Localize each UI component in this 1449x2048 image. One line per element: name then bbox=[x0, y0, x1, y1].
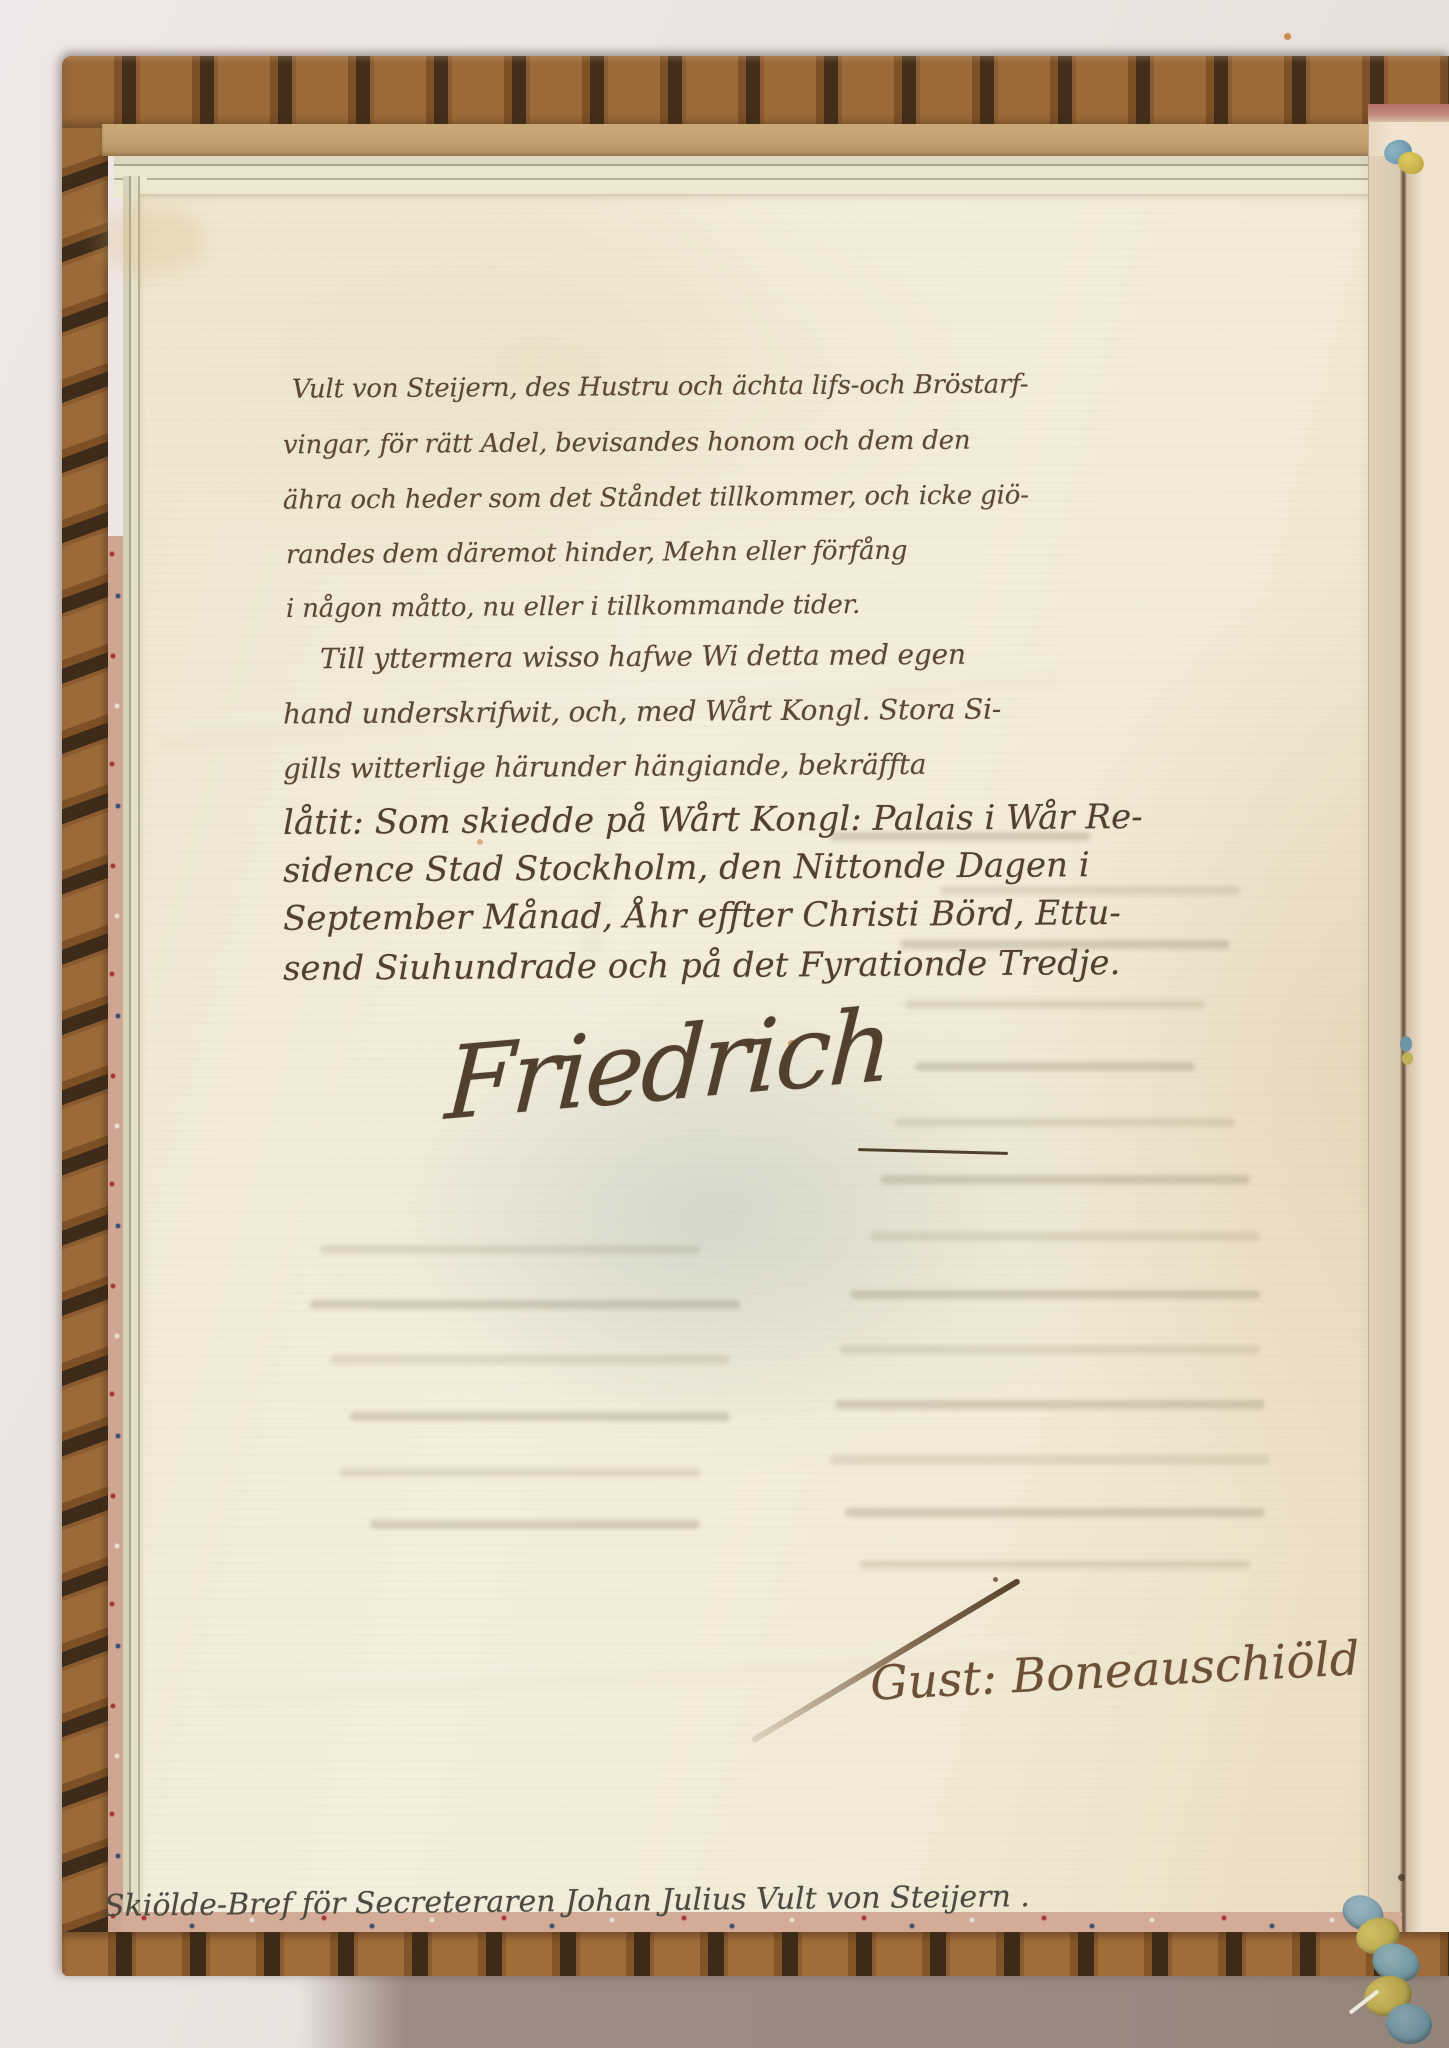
manuscript-line: i någon måtto, nu eller i tillkommande t… bbox=[286, 590, 860, 625]
marbled-edge-left bbox=[108, 536, 123, 1956]
manuscript-line: randes dem däremot hinder, Mehn eller fö… bbox=[286, 536, 907, 572]
foxing-stain bbox=[96, 205, 206, 275]
facing-page-marbled-top bbox=[1368, 104, 1449, 122]
bleedthrough-line bbox=[840, 1345, 1260, 1354]
manuscript-line: Vult von Steijern, des Hustru och ächta … bbox=[292, 369, 1028, 405]
manuscript-line: send Siuhundrade och på det Fyrationde T… bbox=[283, 943, 1121, 990]
manuscript-line: låtit: Som skiedde på Wårt Kongl: Palais… bbox=[283, 797, 1143, 844]
worn-leather-band bbox=[102, 124, 1402, 156]
dark-speck bbox=[1398, 1874, 1405, 1881]
binding-gutter bbox=[1358, 156, 1430, 1932]
bleedthrough-line bbox=[905, 1000, 1205, 1009]
bleedthrough-line bbox=[860, 1560, 1250, 1569]
tassel-cord bbox=[1336, 1896, 1446, 2048]
scanned-manuscript-photo: Vult von Steijern, des Hustru och ächta … bbox=[0, 0, 1449, 2048]
bleedthrough-line bbox=[370, 1520, 700, 1529]
bleedthrough-line bbox=[340, 1468, 700, 1477]
bleedthrough-line bbox=[330, 1355, 730, 1364]
page-stack-edges-top bbox=[114, 156, 1406, 198]
bleedthrough-line bbox=[895, 1118, 1235, 1127]
bleedthrough-line bbox=[850, 1290, 1260, 1299]
bleedthrough-line bbox=[870, 1232, 1260, 1241]
manuscript-line: Till yttermera wisso hafwe Wi detta med … bbox=[320, 638, 966, 676]
bleedthrough-line bbox=[830, 1455, 1270, 1464]
bleedthrough-line bbox=[835, 1400, 1265, 1409]
manuscript-line: sidence Stad Stockholm, den Nittonde Dag… bbox=[283, 845, 1090, 891]
ink-dot bbox=[993, 1577, 998, 1582]
bleedthrough-line bbox=[845, 1508, 1265, 1517]
manuscript-line: September Månad, Åhr effter Christi Börd… bbox=[283, 893, 1121, 940]
bleedthrough-line bbox=[350, 1412, 730, 1421]
manuscript-line: gills witterlige härunder hängiande, bek… bbox=[283, 748, 927, 786]
book-cover-edge-bottom bbox=[62, 1932, 1449, 1976]
bleedthrough-line bbox=[320, 1245, 700, 1254]
manuscript-line: ähra och heder som det Ståndet tillkomme… bbox=[283, 480, 1029, 516]
bleedthrough-line bbox=[310, 1300, 740, 1309]
book-cover-edge-left bbox=[62, 56, 108, 1976]
stain-spot bbox=[1284, 33, 1291, 40]
sewing-thread-blue bbox=[1400, 1036, 1412, 1052]
manuscript-line: hand underskrifwit, och, med Wårt Kongl.… bbox=[283, 692, 1001, 731]
bleedthrough-line bbox=[915, 1062, 1195, 1071]
manuscript-line: vingar, för rätt Adel, bevisandes honom … bbox=[283, 426, 971, 462]
bleedthrough-line bbox=[880, 1175, 1250, 1184]
sewing-thread-yellow bbox=[1402, 1052, 1413, 1065]
book-cover-edge-top bbox=[62, 56, 1449, 128]
